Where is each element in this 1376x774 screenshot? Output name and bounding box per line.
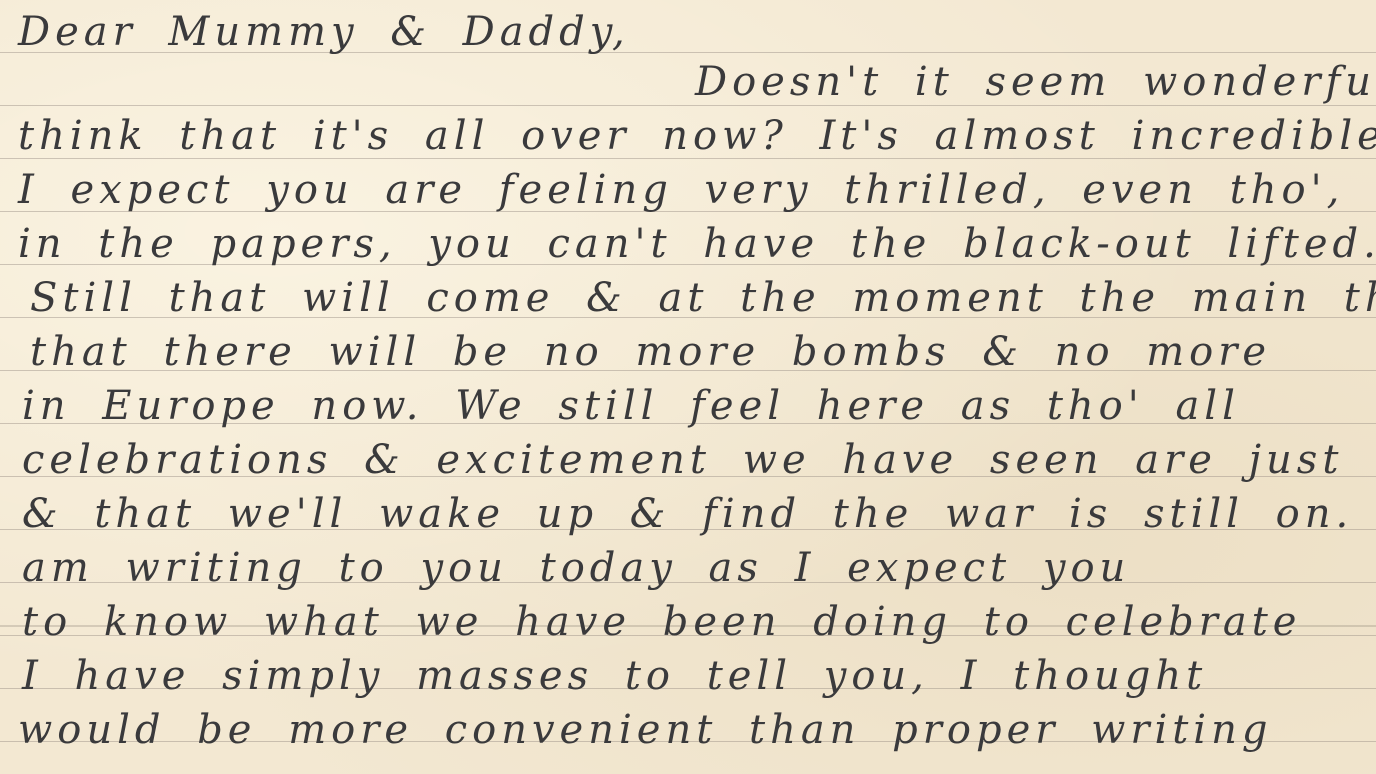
letter-line: Still that will come & at the moment the… [30, 278, 1376, 318]
letter-line: would be more convenient than proper wri… [18, 710, 1272, 750]
letter-line: in Europe now. We still feel here as tho… [22, 386, 1240, 426]
letter-line: Doesn't it seem wonderful to [695, 62, 1376, 102]
letter-page: Dear Mummy & Daddy, Doesn't it seem wond… [0, 0, 1376, 774]
letter-line: celebrations & excitement we have seen a… [22, 440, 1343, 480]
letter-line: am writing to you today as I expect you [22, 548, 1130, 588]
letter-line: I have simply masses to tell you, I thou… [22, 656, 1207, 696]
letter-line: that there will be no more bombs & no mo… [30, 332, 1271, 372]
ruled-line [0, 105, 1376, 106]
letter-line: think that it's all over now? It's almos… [18, 116, 1376, 156]
letter-line: to know what we have been doing to celeb… [22, 602, 1301, 642]
letter-line: & that we'll wake up & find the war is s… [22, 494, 1353, 534]
letter-line: I expect you are feeling very thrilled, … [18, 170, 1376, 210]
letter-line: in the papers, you can't have the black-… [18, 224, 1376, 264]
salutation: Dear Mummy & Daddy, [18, 12, 630, 52]
